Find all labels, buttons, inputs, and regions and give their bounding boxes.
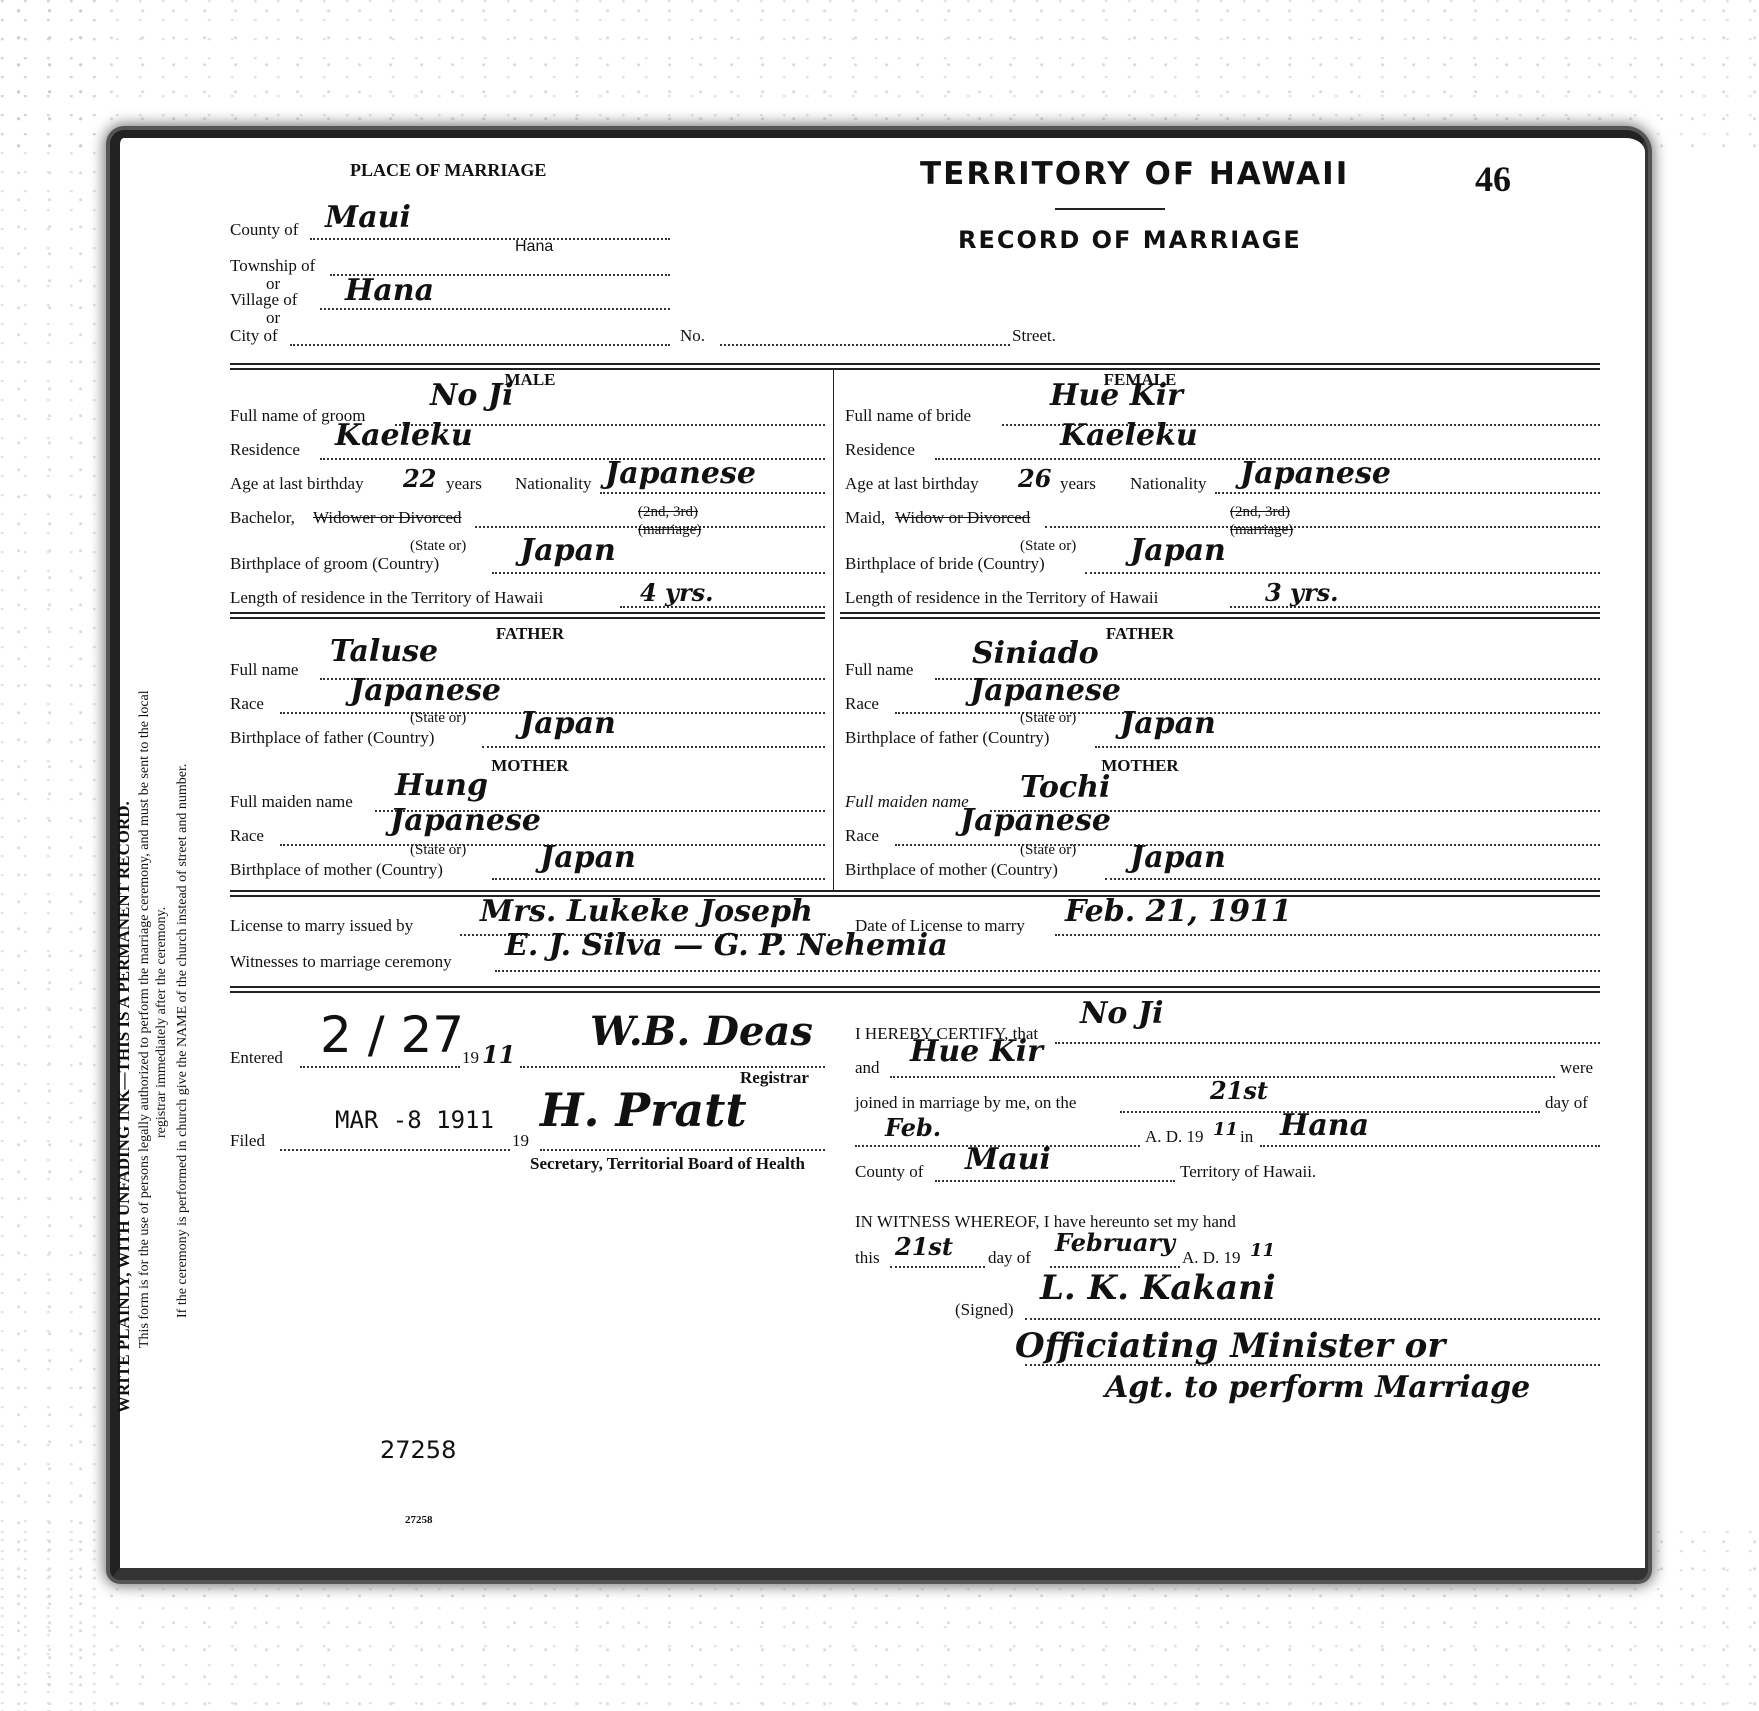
- secretary-line: [540, 1149, 825, 1151]
- territory-label: Territory of Hawaii.: [1180, 1162, 1316, 1182]
- entered-date-value: 2 / 27: [320, 1006, 464, 1064]
- entered-year-value: 11: [482, 1040, 515, 1069]
- bride-birthplace-line: [1085, 572, 1600, 574]
- bride-birthplace-value: Japan: [1130, 533, 1226, 568]
- joined-label: joined in marriage by me, on the: [855, 1093, 1076, 1113]
- secretary-label: Secretary, Territorial Board of Health: [530, 1154, 805, 1174]
- groom-mother-birthplace-line: [492, 878, 825, 880]
- day-of-label: day of: [1545, 1093, 1588, 1113]
- or-label-2: or: [266, 308, 280, 328]
- witnesses-value: E. J. Silva — G. P. Nehemia: [505, 928, 948, 963]
- center-divider: [833, 370, 834, 892]
- bride-mother-race-label: Race: [845, 826, 879, 846]
- village-label: Village of: [230, 290, 297, 310]
- bride-mother-race-line: [895, 844, 1600, 846]
- groom-birthplace-label: Birthplace of groom (Country): [230, 554, 439, 574]
- bride-mother-birthplace-label: Birthplace of mother (Country): [845, 860, 1058, 880]
- village-value: Hana: [345, 273, 434, 308]
- filed-stamp: MAR -8 1911: [335, 1106, 494, 1134]
- registrar-signature: W.B. Deas: [590, 1008, 813, 1055]
- groom-status-struck: Widower or Divorced: [313, 508, 461, 528]
- bride-status-line: [1045, 526, 1600, 528]
- bride-residence-label: Residence: [845, 440, 915, 460]
- groom-mother-birthplace-value: Japan: [540, 840, 636, 875]
- street-label: Street.: [1012, 326, 1056, 346]
- groom-nationality-value: Japanese: [605, 456, 756, 491]
- bride-mother-maiden-label: Full maiden name: [845, 792, 969, 812]
- bride-residence-value: Kaeleku: [1060, 418, 1198, 453]
- divider-place: [230, 363, 1600, 370]
- bride-father-name-value: Siniado: [972, 636, 1099, 671]
- witness-whereof-label: IN WITNESS WHEREOF, I have hereunto set …: [855, 1212, 1236, 1232]
- groom-years-label: years: [446, 474, 482, 494]
- bride-father-race-label: Race: [845, 694, 879, 714]
- handwritten-record-number: 27258: [380, 1436, 456, 1464]
- bride-years-label: years: [1060, 474, 1096, 494]
- scan-noise-left: [0, 0, 110, 1711]
- groom-status-label: Bachelor,: [230, 508, 295, 528]
- witness-month-value: February: [1055, 1228, 1175, 1257]
- scan-noise-top: [0, 0, 1759, 150]
- margin-instruction-registrar: registrar immediately after the ceremony…: [154, 907, 170, 1138]
- bride-mother-birthplace-hint: (State or): [1020, 842, 1076, 859]
- groom-name-value: No Ji: [430, 378, 513, 413]
- signed-label: (Signed): [955, 1300, 1014, 1320]
- certify-day-value: 21st: [1210, 1076, 1268, 1105]
- groom-marriage-order: (2nd, 3rd): [638, 504, 698, 521]
- license-date-value: Feb. 21, 1911: [1065, 894, 1292, 929]
- registrar-label: Registrar: [740, 1068, 809, 1088]
- entered-year-prefix: 19: [462, 1048, 479, 1068]
- village-line: [320, 308, 670, 310]
- certify-groom-value: No Ji: [1080, 996, 1163, 1031]
- certify-month-value: Feb.: [885, 1113, 941, 1142]
- signature-line: [1025, 1318, 1600, 1320]
- groom-father-heading: FATHER: [430, 624, 630, 644]
- this-label: this: [855, 1248, 880, 1268]
- filed-label: Filed: [230, 1131, 265, 1151]
- county-value: Maui: [325, 200, 411, 235]
- county-line: [310, 238, 670, 240]
- filed-line: [280, 1149, 510, 1151]
- groom-mother-birthplace-label: Birthplace of mother (Country): [230, 860, 443, 880]
- officiant-title-line1: Officiating Minister or: [1015, 1326, 1445, 1366]
- in-label: in: [1240, 1127, 1253, 1147]
- document-subtitle: RECORD OF MARRIAGE: [958, 226, 1302, 254]
- printed-record-number: 27258: [405, 1514, 433, 1526]
- witnesses-label: Witnesses to marriage ceremony: [230, 952, 452, 972]
- divider-groom: [230, 612, 825, 619]
- groom-father-birthplace-value: Japan: [520, 706, 616, 741]
- witness-year-value: 11: [1250, 1240, 1275, 1261]
- groom-father-race-label: Race: [230, 694, 264, 714]
- groom-mother-race-value: Japanese: [390, 803, 541, 838]
- groom-father-name-label: Full name: [230, 660, 298, 680]
- bride-marriage-struck: (marriage): [1230, 522, 1293, 539]
- bride-residence-length-label: Length of residence in the Territory of …: [845, 588, 1158, 608]
- bride-nationality-value: Japanese: [1240, 456, 1391, 491]
- certify-line: [1055, 1042, 1600, 1044]
- bride-father-birthplace-line: [1095, 746, 1600, 748]
- groom-nationality-line: [600, 492, 825, 494]
- groom-birthplace-line: [492, 572, 825, 574]
- groom-mother-maiden-label: Full maiden name: [230, 792, 353, 812]
- license-issued-label: License to marry issued by: [230, 916, 413, 936]
- title-rule: [1055, 208, 1165, 210]
- bride-father-birthplace-hint: (State or): [1020, 710, 1076, 727]
- groom-mother-birthplace-hint: (State or): [410, 842, 466, 859]
- officiant-title-line2: Agt. to perform Marriage: [1105, 1370, 1530, 1405]
- township-label: Township of: [230, 256, 315, 276]
- bride-status-label: Maid,: [845, 508, 885, 528]
- groom-father-race-value: Japanese: [350, 673, 501, 708]
- license-date-line: [1055, 934, 1600, 936]
- city-label: City of: [230, 326, 278, 346]
- bride-nationality-label: Nationality: [1130, 474, 1206, 494]
- bride-father-birthplace-value: Japan: [1120, 706, 1216, 741]
- secretary-signature: H. Pratt: [540, 1083, 747, 1137]
- place-line: [1260, 1145, 1600, 1147]
- groom-mother-maiden-value: Hung: [395, 768, 488, 803]
- bride-mother-race-value: Japanese: [960, 803, 1111, 838]
- certify-year-value: 11: [1213, 1119, 1238, 1140]
- groom-marriage-struck: (marriage): [638, 522, 701, 539]
- witness-day-of-label: day of: [988, 1248, 1031, 1268]
- bride-name-value: Hue Kir: [1050, 378, 1183, 413]
- certify-county-line: [935, 1180, 1175, 1182]
- bride-father-name-label: Full name: [845, 660, 913, 680]
- bride-marriage-order: (2nd, 3rd): [1230, 504, 1290, 521]
- groom-residence-value: Kaeleku: [335, 418, 473, 453]
- were-label: were: [1560, 1058, 1593, 1078]
- margin-instruction-church: If the ceremony is performed in church g…: [175, 764, 191, 1318]
- street-line: [720, 344, 1010, 346]
- witness-ad-label: A. D. 19: [1182, 1248, 1241, 1268]
- bride-age-label: Age at last birthday: [845, 474, 979, 494]
- entered-line: [300, 1066, 460, 1068]
- bride-birthplace-label: Birthplace of bride (Country): [845, 554, 1045, 574]
- bride-status-struck: Widow or Divorced: [895, 508, 1030, 528]
- marriage-record-card: WRITE PLAINLY, WITH UNFADING INK—THIS IS…: [110, 130, 1648, 1580]
- witnesses-line: [495, 970, 1600, 972]
- margin-instruction-form-use: This form is for the use of persons lega…: [137, 690, 153, 1348]
- county-label: County of: [230, 220, 298, 240]
- entered-label: Entered: [230, 1048, 283, 1068]
- divider-license: [230, 986, 1600, 993]
- groom-father-birthplace-line: [482, 746, 825, 748]
- certify-ad-label: A. D. 19: [1145, 1127, 1204, 1147]
- bride-father-birthplace-label: Birthplace of father (Country): [845, 728, 1049, 748]
- margin-instruction-main: WRITE PLAINLY, WITH UNFADING INK—THIS IS…: [114, 801, 134, 1413]
- groom-residence-length-value: 4 yrs.: [640, 578, 714, 607]
- bride-nationality-line: [1215, 492, 1600, 494]
- groom-birthplace-value: Japan: [520, 533, 616, 568]
- groom-residence-length-label: Length of residence in the Territory of …: [230, 588, 543, 608]
- divider-bride: [840, 612, 1600, 619]
- stamp-value: Hana: [515, 238, 553, 256]
- certify-county-value: Maui: [965, 1142, 1051, 1177]
- license-issued-value: Mrs. Lukeke Joseph: [480, 894, 813, 929]
- bride-residence-length-value: 3 yrs.: [1265, 578, 1339, 607]
- street-number-label: No.: [680, 326, 705, 346]
- bride-mother-maiden-value: Tochi: [1020, 770, 1110, 805]
- bride-birthplace-hint: (State or): [1020, 538, 1076, 555]
- groom-nationality-label: Nationality: [515, 474, 591, 494]
- certify-place-value: Hana: [1280, 1108, 1369, 1143]
- officiant-signature: L. K. Kakani: [1040, 1268, 1276, 1308]
- page-number: 46: [1475, 158, 1511, 200]
- groom-birthplace-hint: (State or): [410, 538, 466, 555]
- city-line: [290, 344, 670, 346]
- groom-mother-race-label: Race: [230, 826, 264, 846]
- document-title: TERRITORY OF HAWAII: [920, 156, 1349, 192]
- groom-father-name-value: Taluse: [330, 634, 438, 669]
- and-label: and: [855, 1058, 880, 1078]
- bride-father-race-value: Japanese: [970, 673, 1121, 708]
- certify-bride-value: Hue Kir: [910, 1034, 1043, 1069]
- bride-father-race-line: [895, 712, 1600, 714]
- place-of-marriage-heading: PLACE OF MARRIAGE: [350, 160, 546, 181]
- witness-day-line: [890, 1266, 985, 1268]
- bride-name-label: Full name of bride: [845, 406, 971, 426]
- bride-mother-birthplace-value: Japan: [1130, 840, 1226, 875]
- filed-year-prefix: 19: [512, 1131, 529, 1151]
- witness-day-value: 21st: [895, 1232, 953, 1261]
- bride-age-value: 26: [1018, 464, 1051, 493]
- groom-age-value: 22: [403, 464, 436, 493]
- groom-father-birthplace-label: Birthplace of father (Country): [230, 728, 434, 748]
- certify-county-label: County of: [855, 1162, 923, 1182]
- divider-parents: [230, 890, 1600, 897]
- groom-residence-label: Residence: [230, 440, 300, 460]
- groom-age-label: Age at last birthday: [230, 474, 364, 494]
- bride-mother-birthplace-line: [1105, 878, 1600, 880]
- groom-father-birthplace-hint: (State or): [410, 710, 466, 727]
